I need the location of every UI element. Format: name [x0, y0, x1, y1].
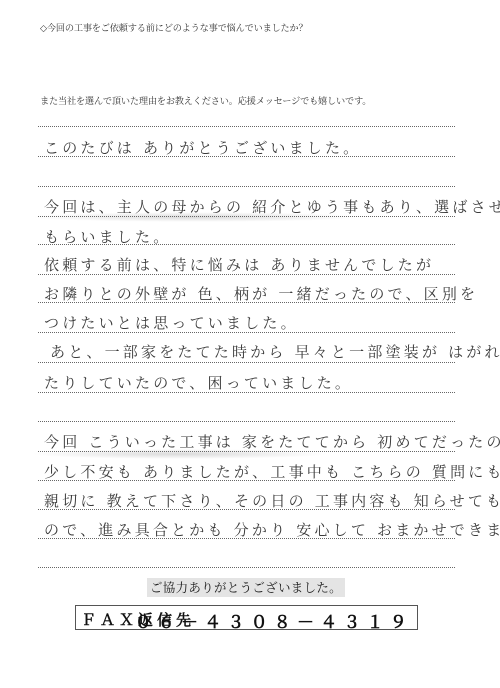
ruled-line	[38, 362, 455, 363]
handwritten-line: 依頼する前は、特に悩みは ありませんでしたが	[44, 254, 434, 275]
scan-smudge	[30, 212, 360, 222]
ruled-line	[38, 567, 455, 568]
ruled-line	[38, 509, 455, 510]
ruled-line	[38, 302, 455, 303]
ruled-line	[38, 451, 455, 452]
ruled-line	[38, 332, 455, 333]
ruled-line	[38, 480, 455, 481]
ruled-line	[38, 274, 455, 275]
handwritten-line: つけたいとは思っていました。	[44, 312, 299, 333]
handwritten-line: 親切に 教えて下さり、その日の 工事内容も 知らせてもらえた	[44, 490, 500, 511]
fax-return-box: ＦＡＸ返信先 ０６－４３０８－４３１９	[75, 605, 418, 630]
handwritten-line: ので、進み具合とかも 分かり 安心して おまかせできました。	[44, 519, 500, 540]
handwritten-line: 少し不安も ありましたが、工事中も こちらの 質問にも	[44, 461, 500, 482]
handwritten-line: お隣りとの外壁が 色、柄が 一緒だったので、区別を	[44, 283, 478, 304]
ruled-line	[38, 244, 455, 245]
handwritten-line: このたびは ありがとうございました。	[44, 137, 361, 158]
thanks-message: ご協力ありがとうございました。	[147, 578, 345, 597]
ruled-line	[38, 421, 455, 422]
ruled-line	[38, 392, 455, 393]
ruled-line	[38, 126, 455, 127]
question-line-1: ◇今回の工事をご依頼する前にどのような事で悩んでいましたか？	[40, 20, 308, 34]
ruled-line	[38, 186, 455, 187]
handwritten-line: たりしていたので、困っていました。	[44, 372, 353, 393]
fax-number: ０６－４３０８－４３１９	[135, 608, 413, 633]
ruled-line	[38, 216, 455, 217]
handwritten-line: あと、一部家をたてた時から 早々と一部塗装が はがれ	[50, 341, 500, 362]
question-line-2: また当社を選んで頂いた理由をお教えください。応援メッセージでも嬉しいです。	[40, 93, 371, 107]
ruled-line	[38, 156, 455, 157]
ruled-line	[38, 538, 455, 539]
